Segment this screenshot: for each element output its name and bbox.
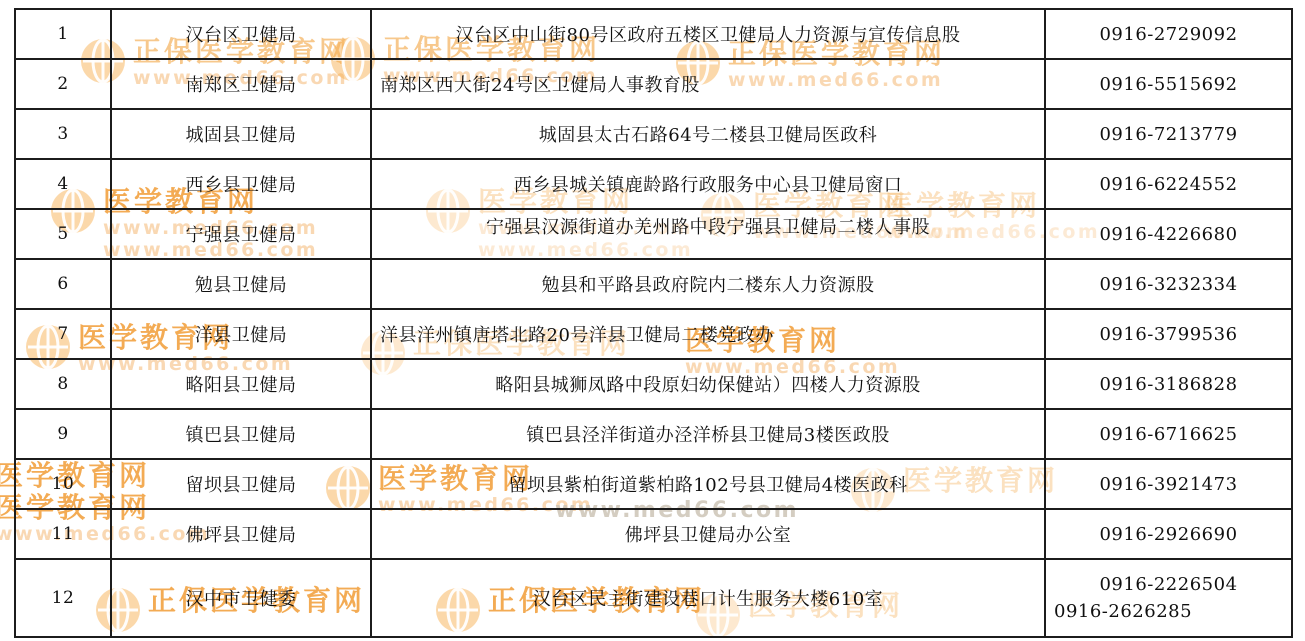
- bureau-phone: 0916-6716625: [1045, 409, 1292, 459]
- row-number: 2: [15, 59, 111, 109]
- table-row: 4 西乡县卫健局 西乡县城关镇鹿龄路行政服务中心县卫健局窗口 0916-6224…: [15, 159, 1292, 209]
- bureau-address: 洋县洋州镇唐塔北路20号洋县卫健局二楼党政办: [371, 309, 1045, 359]
- bureau-name: 略阳县卫健局: [111, 359, 371, 409]
- phone-number: 0916-3232334: [1054, 274, 1283, 295]
- bureau-phone: 0916-3186828: [1045, 359, 1292, 409]
- row-number: 4: [15, 159, 111, 209]
- phone-number: 0916-6224552: [1054, 174, 1283, 195]
- phone-number: 0916-3799536: [1054, 324, 1283, 345]
- bureau-address: 宁强县汉源街道办羌州路中段宁强县卫健局二楼人事股: [371, 209, 1045, 259]
- bureau-phone: 0916-2729092: [1045, 9, 1292, 59]
- phone-number: 0916-2226504: [1054, 574, 1283, 595]
- bureau-name: 留坝县卫健局: [111, 459, 371, 509]
- row-number: 7: [15, 309, 111, 359]
- bureau-address: 汉台区民主街建设巷口计生服务大楼610室: [371, 559, 1045, 637]
- bureau-name: 汉中市卫健委: [111, 559, 371, 637]
- bureau-name: 镇巴县卫健局: [111, 409, 371, 459]
- bureau-address: 镇巴县泾洋街道办泾洋桥县卫健局3楼医政股: [371, 409, 1045, 459]
- table-row: 11 佛坪县卫健局 佛坪县卫健局办公室 0916-2926690: [15, 509, 1292, 559]
- bureau-address: 略阳县城狮凤路中段原妇幼保健站）四楼人力资源股: [371, 359, 1045, 409]
- row-number: 9: [15, 409, 111, 459]
- phone-number: 0916-5515692: [1054, 74, 1283, 95]
- table-row: 9 镇巴县卫健局 镇巴县泾洋街道办泾洋桥县卫健局3楼医政股 0916-67166…: [15, 409, 1292, 459]
- bureau-name: 宁强县卫健局: [111, 209, 371, 259]
- bureau-name: 城固县卫健局: [111, 109, 371, 159]
- bureau-phone: 0916-4226680: [1045, 209, 1292, 259]
- row-number: 10: [15, 459, 111, 509]
- table-row: 5 宁强县卫健局 宁强县汉源街道办羌州路中段宁强县卫健局二楼人事股 0916-4…: [15, 209, 1292, 259]
- contact-table: 1 汉台区卫健局 汉台区中山街80号区政府五楼区卫健局人力资源与宣传信息股 09…: [14, 8, 1293, 638]
- bureau-name: 勉县卫健局: [111, 259, 371, 309]
- phone-number: 0916-7213779: [1054, 124, 1283, 145]
- table-row: 1 汉台区卫健局 汉台区中山街80号区政府五楼区卫健局人力资源与宣传信息股 09…: [15, 9, 1292, 59]
- bureau-address: 汉台区中山街80号区政府五楼区卫健局人力资源与宣传信息股: [371, 9, 1045, 59]
- bureau-address: 勉县和平路县政府院内二楼东人力资源股: [371, 259, 1045, 309]
- row-number: 6: [15, 259, 111, 309]
- row-number: 5: [15, 209, 111, 259]
- bureau-address: 城固县太古石路64号二楼县卫健局医政科: [371, 109, 1045, 159]
- phone-number: 0916-2729092: [1054, 24, 1283, 45]
- bureau-address: 佛坪县卫健局办公室: [371, 509, 1045, 559]
- bureau-name: 汉台区卫健局: [111, 9, 371, 59]
- bureau-address: 留坝县紫柏街道紫柏路102号县卫健局4楼医政科: [371, 459, 1045, 509]
- table-row: 8 略阳县卫健局 略阳县城狮凤路中段原妇幼保健站）四楼人力资源股 0916-31…: [15, 359, 1292, 409]
- bureau-name: 洋县卫健局: [111, 309, 371, 359]
- table-row: 3 城固县卫健局 城固县太古石路64号二楼县卫健局医政科 0916-721377…: [15, 109, 1292, 159]
- table-row: 7 洋县卫健局 洋县洋州镇唐塔北路20号洋县卫健局二楼党政办 0916-3799…: [15, 309, 1292, 359]
- row-number: 12: [15, 559, 111, 637]
- bureau-phone: 0916-6224552: [1045, 159, 1292, 209]
- bureau-address: 西乡县城关镇鹿龄路行政服务中心县卫健局窗口: [371, 159, 1045, 209]
- phone-number: 0916-3921473: [1054, 474, 1283, 495]
- bureau-phone: 0916-2926690: [1045, 509, 1292, 559]
- phone-number: 0916-3186828: [1054, 374, 1283, 395]
- bureau-name: 南郑区卫健局: [111, 59, 371, 109]
- phone-number: 0916-2926690: [1054, 524, 1283, 545]
- row-number: 8: [15, 359, 111, 409]
- table-row: 6 勉县卫健局 勉县和平路县政府院内二楼东人力资源股 0916-3232334: [15, 259, 1292, 309]
- bureau-address: 南郑区西大街24号区卫健局人事教育股: [371, 59, 1045, 109]
- row-number: 3: [15, 109, 111, 159]
- phone-number: 0916-4226680: [1054, 224, 1283, 245]
- phone-number: 0916-6716625: [1054, 424, 1283, 445]
- table-row: 10 留坝县卫健局 留坝县紫柏街道紫柏路102号县卫健局4楼医政科 0916-3…: [15, 459, 1292, 509]
- row-number: 11: [15, 509, 111, 559]
- bureau-phone: 0916-3921473: [1045, 459, 1292, 509]
- bureau-name: 西乡县卫健局: [111, 159, 371, 209]
- bureau-phone: 0916-3799536: [1045, 309, 1292, 359]
- table-row: 2 南郑区卫健局 南郑区西大街24号区卫健局人事教育股 0916-5515692: [15, 59, 1292, 109]
- bureau-phone: 0916-5515692: [1045, 59, 1292, 109]
- row-number: 1: [15, 9, 111, 59]
- table-row: 12 汉中市卫健委 汉台区民主街建设巷口计生服务大楼610室 0916-2226…: [15, 559, 1292, 637]
- bureau-name: 佛坪县卫健局: [111, 509, 371, 559]
- bureau-phone: 0916-7213779: [1045, 109, 1292, 159]
- phone-number-2: 0916-2626285: [1054, 601, 1283, 622]
- bureau-phone: 0916-22265040916-2626285: [1045, 559, 1292, 637]
- bureau-phone: 0916-3232334: [1045, 259, 1292, 309]
- document-page: 正保医学教育网www.med66.com 正保医学教育网www.med66.co…: [0, 0, 1305, 641]
